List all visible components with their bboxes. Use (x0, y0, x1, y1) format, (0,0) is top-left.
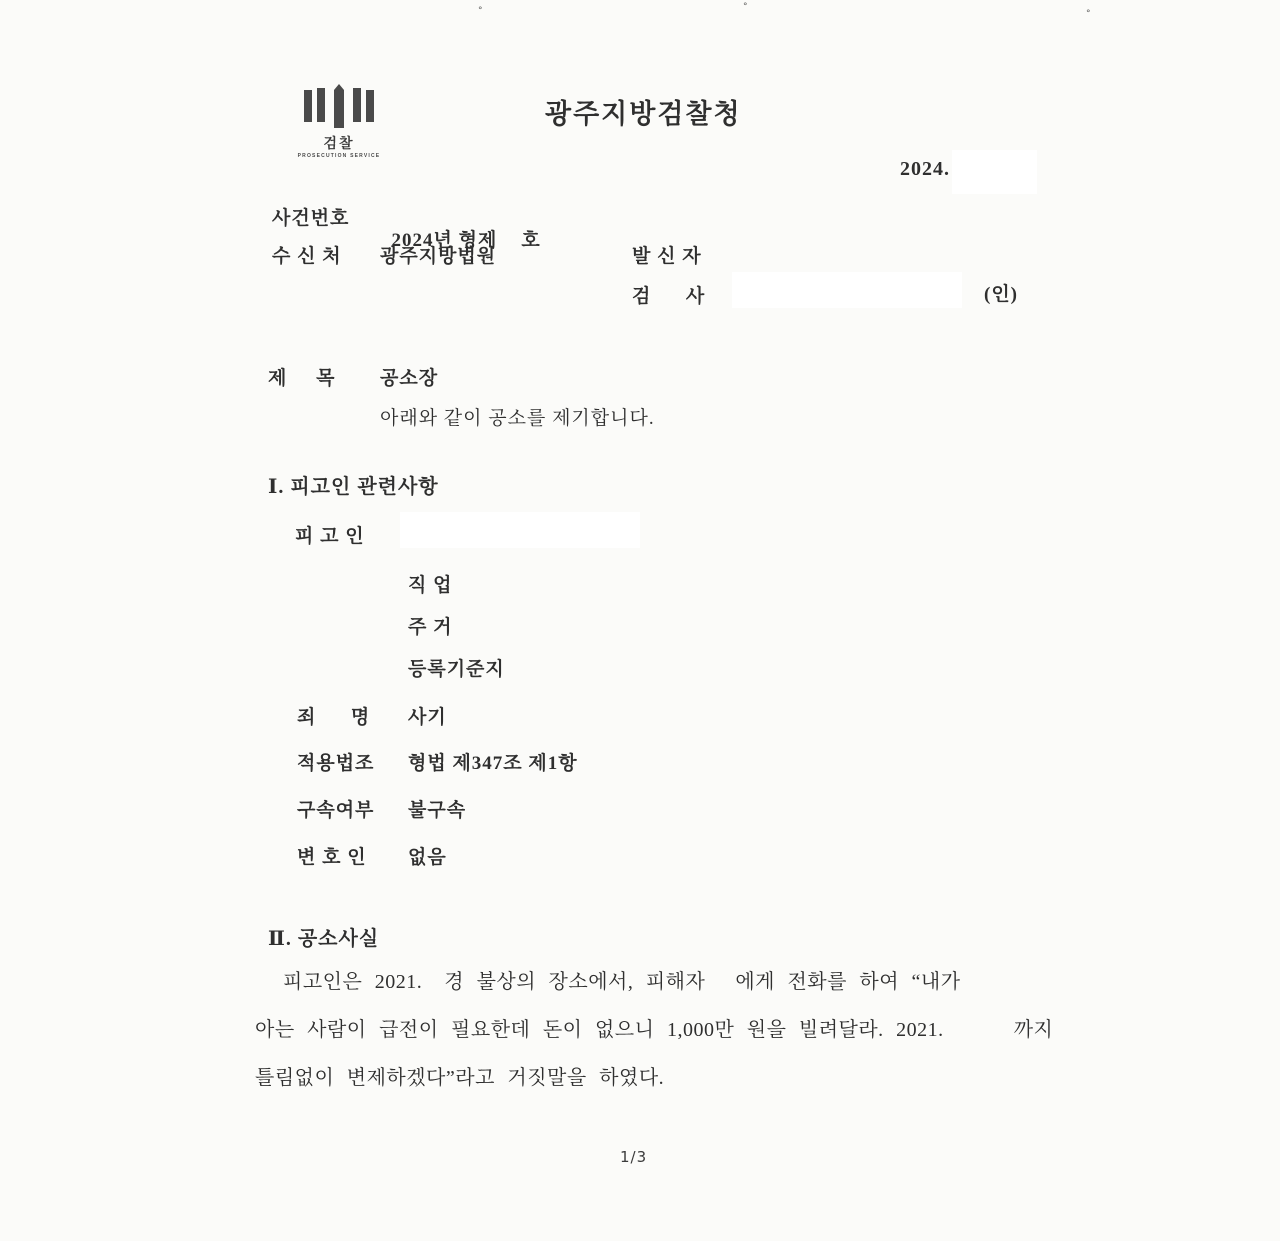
section1-heading: Ⅰ. 피고인 관련사항 (268, 470, 439, 499)
redaction-box (732, 272, 962, 308)
facts-p1a: 피고인은 2021. (283, 971, 422, 993)
applicable-law-value: 형법 제347조 제1항 (408, 748, 578, 775)
page-number: 1/3 (620, 1148, 647, 1166)
defense-counsel-label: 변 호 인 (297, 842, 367, 869)
redaction-box (400, 512, 640, 548)
defense-counsel-value: 없음 (408, 842, 447, 869)
prosecution-service-logo: 검찰 PROSECUTION SERVICE (296, 84, 382, 159)
subject-sentence: 아래와 같이 공소를 제기합니다. (380, 403, 655, 430)
redaction-gap (944, 1035, 1014, 1036)
crime-name-label: 죄 명 (297, 702, 370, 729)
facts-p1c: 에게 전화를 하여 “내가 (735, 971, 960, 993)
facts-p2a: 아는 사람이 급전이 필요한데 돈이 없으니 1,000만 원을 빌려달라. 2… (255, 1019, 944, 1041)
facts-p2b: 까지 (1014, 1019, 1054, 1041)
recipient-value: 광주지방법원 (380, 241, 496, 268)
facts-paragraph-line3: 틀림없이 변제하겠다”라고 거짓말을 하였다. (255, 1061, 664, 1090)
scanned-indictment-page: { "page": { "footer": "1/3", "ink_color"… (0, 0, 1280, 1241)
prosecutor-label: 검 사 (632, 281, 705, 308)
occupation-label: 직 업 (408, 570, 452, 597)
redaction-gap (705, 987, 735, 988)
redaction-gap (497, 245, 521, 246)
logo-korean-text: 검찰 (296, 133, 382, 153)
redaction-gap (422, 987, 444, 988)
applicable-law-label: 적용법조 (297, 748, 374, 775)
sender-label: 발 신 자 (632, 241, 702, 268)
facts-p1b: 경 불상의 장소에서, 피해자 (444, 971, 705, 993)
prosecution-bars-icon (296, 84, 382, 128)
scan-speck: ° (478, 6, 483, 16)
document-date: 2024. (900, 158, 950, 181)
scan-speck: ° (743, 2, 748, 12)
detention-status-label: 구속여부 (297, 795, 374, 822)
scan-speck: ° (1086, 9, 1091, 19)
crime-name-value: 사기 (408, 702, 447, 729)
recipient-label: 수 신 처 (272, 241, 342, 268)
detention-status-value: 불구속 (408, 795, 466, 822)
defendant-label: 피 고 인 (295, 521, 365, 548)
logo-english-text: PROSECUTION SERVICE (296, 153, 382, 159)
subject-label: 제 목 (268, 363, 335, 390)
redaction-box (952, 150, 1037, 194)
facts-p3: 틀림없이 변제하겠다”라고 거짓말을 하였다. (255, 1067, 664, 1089)
facts-paragraph-line1: 피고인은 2021.경 불상의 장소에서, 피해자에게 전화를 하여 “내가 (283, 965, 961, 994)
registered-address-label: 등록기준지 (408, 654, 505, 681)
document-title: 광주지방검찰청 (545, 92, 742, 131)
seal-placeholder: (인) (984, 279, 1018, 306)
subject-value: 공소장 (380, 363, 438, 390)
facts-paragraph-line2: 아는 사람이 급전이 필요한데 돈이 없으니 1,000만 원을 빌려달라. 2… (255, 1013, 1053, 1042)
section2-heading: Ⅱ. 공소사실 (268, 922, 379, 951)
residence-label: 주 거 (408, 612, 452, 639)
case-number-label: 사건번호 (272, 203, 349, 230)
case-number-suffix: 호 (521, 230, 540, 251)
